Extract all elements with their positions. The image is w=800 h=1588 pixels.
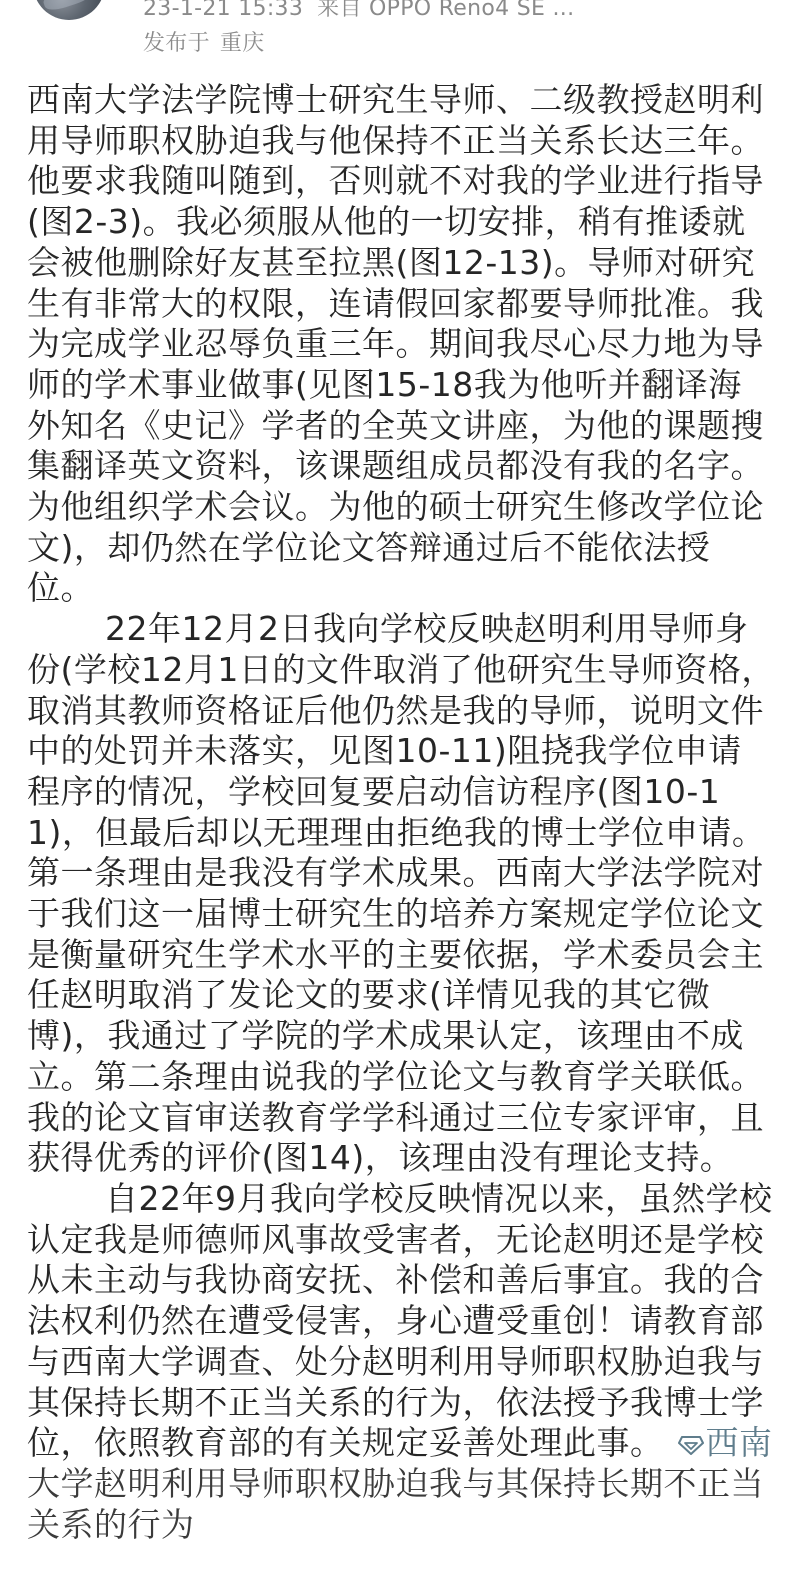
- diamond-icon: [678, 1434, 704, 1456]
- location-label: 发布于: [143, 31, 210, 56]
- post-timestamp: 23-1-21 15:33: [143, 0, 303, 21]
- post-continuation: 大学赵明利用导师职权胁迫我与其保持长期不正当关系的行为: [27, 1464, 764, 1544]
- post-paragraph-2: 22年12月2日我向学校反映赵明利用导师身份(学校12月1日的文件取消了他研究生…: [27, 609, 775, 1179]
- post-source[interactable]: 来自 OPPO Reno4 SE ...: [317, 0, 574, 21]
- post-paragraph-3-text: 自22年9月我向学校反映情况以来，虽然学校认定我是师德师风事故受害者，无论赵明还…: [27, 1179, 773, 1462]
- post-body: 西南大学法学院博士研究生导师、二级教授赵明利用导师职权胁迫我与他保持不正当关系长…: [27, 80, 775, 1545]
- post-paragraph-3: 自22年9月我向学校反映情况以来，虽然学校认定我是师德师风事故受害者，无论赵明还…: [27, 1179, 775, 1545]
- post-header: 23-1-21 15:33来自 OPPO Reno4 SE ... 发布于重庆: [0, 0, 800, 70]
- post-meta: 23-1-21 15:33来自 OPPO Reno4 SE ...: [143, 0, 588, 22]
- avatar[interactable]: [33, 0, 105, 20]
- topic-link-text: 西南: [706, 1423, 773, 1462]
- location-value: 重庆: [220, 31, 265, 56]
- topic-link[interactable]: 西南: [664, 1423, 773, 1462]
- post-location: 发布于重庆: [143, 26, 279, 57]
- post-paragraph-1: 西南大学法学院博士研究生导师、二级教授赵明利用导师职权胁迫我与他保持不正当关系长…: [27, 80, 775, 609]
